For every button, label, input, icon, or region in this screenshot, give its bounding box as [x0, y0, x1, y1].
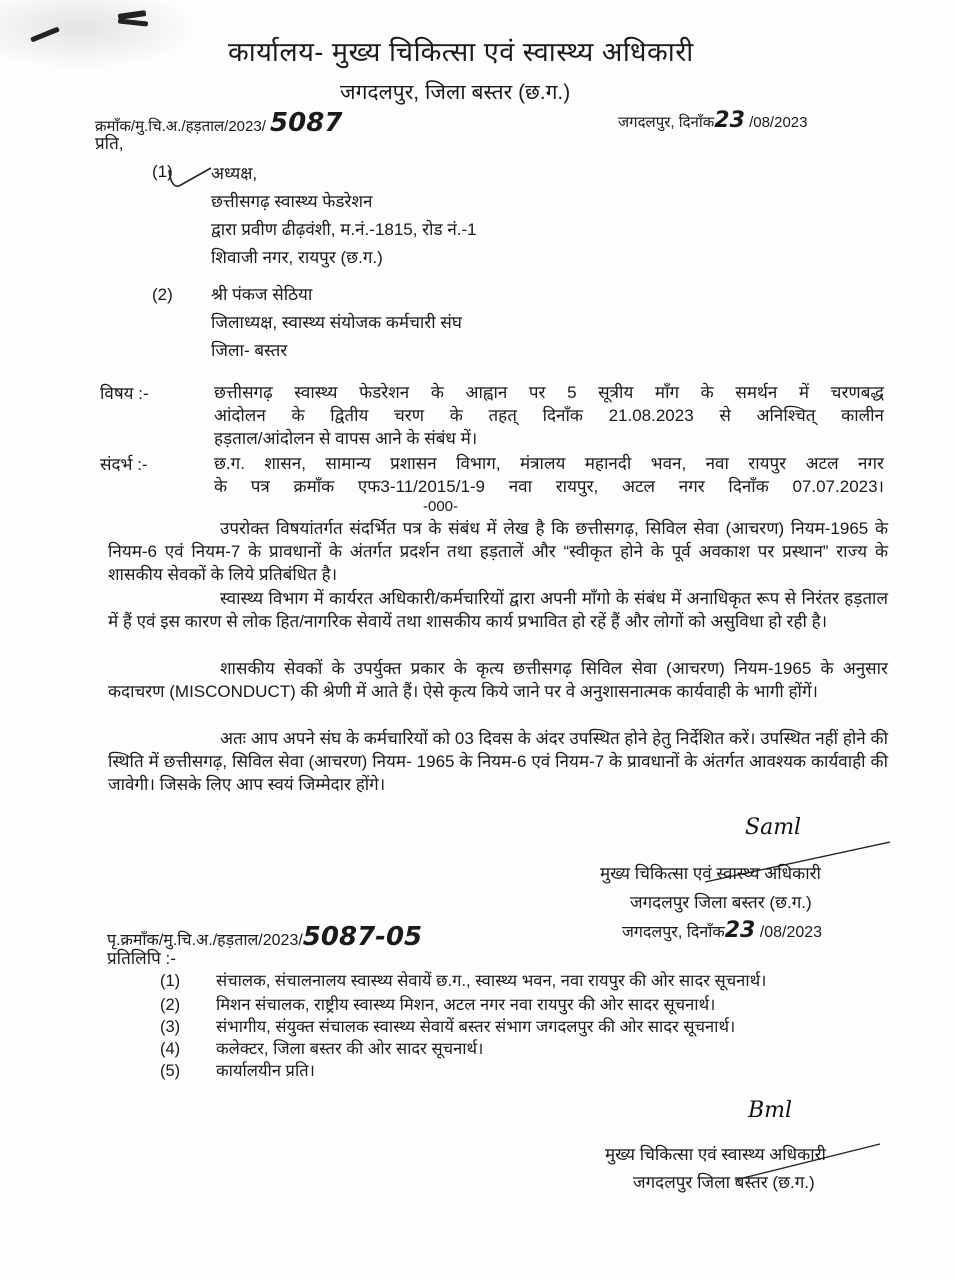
list-item: (1)संचालक, संचालनालय स्वास्थ्य सेवायें छ… — [160, 970, 900, 992]
list-item: (5)कार्यालयीन प्रति। — [160, 1060, 900, 1082]
list-number: (1) — [160, 970, 216, 992]
recipient-number: (2) — [152, 283, 173, 306]
subject-label: विषय :- — [100, 381, 149, 404]
context-line: छ.ग. शासन, सामान्य प्रशासन विभाग, मंत्रा… — [214, 452, 884, 475]
copy-recipients-list: (1)संचालक, संचालनालय स्वास्थ्य सेवायें छ… — [160, 970, 900, 1082]
recipient-line: अध्यक्ष, — [211, 160, 477, 188]
date-place: जगदलपुर, दिनाँक — [618, 114, 714, 131]
recipient-1-address: अध्यक्ष, छत्तीसगढ़ स्वास्थ्य फेडरेशन द्व… — [211, 160, 477, 272]
separator: -000- — [423, 498, 458, 515]
subject-text: छत्तीसगढ़ स्वास्थ्य फेडरेशन के आह्वान पर… — [214, 381, 884, 450]
list-number: (4) — [160, 1038, 216, 1060]
to-label: प्रति, — [95, 132, 124, 155]
context-line: के पत्र क्रमाँक एफ3-11/2015/1-9 नवा रायप… — [214, 475, 884, 498]
date-day: 23 — [714, 108, 745, 133]
recipient-line: श्री पंकज सेठिया — [211, 281, 462, 309]
signatory-location: जगदलपुर जिला बस्तर (छ.ग.) — [630, 891, 812, 914]
body-paragraph-1: उपरोक्त विषयांतर्गत संदर्भित पत्र के संब… — [108, 517, 888, 586]
signature-scribble: Saml — [745, 815, 801, 840]
date-place: जगदलपुर, दिनाँक — [622, 924, 725, 941]
subject-line: छत्तीसगढ़ स्वास्थ्य फेडरेशन के आह्वान पर… — [214, 381, 884, 404]
body-paragraph-2: स्वास्थ्य विभाग में कार्यरत अधिकारी/कर्म… — [108, 587, 888, 633]
context-text: छ.ग. शासन, सामान्य प्रशासन विभाग, मंत्रा… — [214, 452, 884, 498]
list-text: संचालक, संचालनालय स्वास्थ्य सेवायें छ.ग.… — [216, 970, 900, 992]
date-rest: /08/2023 — [760, 924, 822, 941]
recipient-line: द्वारा प्रवीण ढीढ़वंशी, म.नं.-1815, रोड … — [211, 216, 477, 244]
recipient-line: जिला- बस्तर — [211, 337, 462, 365]
handwritten-tick-mark — [165, 162, 215, 192]
subject-line: आंदोलन के द्वितीय चरण के तहत् दिनाँक 21.… — [214, 404, 884, 427]
recipient-2-address: श्री पंकज सेठिया जिलाध्यक्ष, स्वास्थ्य स… — [211, 281, 462, 365]
list-text: कलेक्टर, जिला बस्तर की ओर सादर सूचनार्थ। — [216, 1038, 900, 1060]
copy-reference-number: 5087-05 — [303, 922, 422, 952]
list-item: (3)संभागीय, संयुक्त संचालक स्वास्थ्य सेव… — [160, 1016, 900, 1038]
list-text: संभागीय, संयुक्त संचालक स्वास्थ्य सेवाये… — [216, 1016, 900, 1038]
list-number: (2) — [160, 994, 216, 1016]
date-rest: /08/2023 — [749, 114, 807, 131]
signature-date: जगदलपुर, दिनाँक23 /08/2023 — [622, 918, 822, 943]
scan-smudge — [0, 0, 200, 70]
body-paragraph-4: अतः आप अपने संघ के कर्मचारियों को 03 दिव… — [108, 727, 888, 796]
recipient-line: शिवाजी नगर, रायपुर (छ.ग.) — [211, 244, 477, 272]
reference-number: 5087 — [270, 108, 342, 138]
list-text: कार्यालयीन प्रति। — [216, 1060, 900, 1082]
signatory-designation: मुख्य चिकित्सा एवं स्वास्थ्य अधिकारी — [600, 862, 821, 885]
letter-date: जगदलपुर, दिनाँक23 /08/2023 — [618, 108, 807, 133]
signature-scribble: Bml — [748, 1098, 792, 1123]
list-number: (5) — [160, 1060, 216, 1082]
office-title: कार्यालय- मुख्य चिकित्सा एवं स्वास्थ्य अ… — [228, 32, 694, 69]
list-item: (4)कलेक्टर, जिला बस्तर की ओर सादर सूचनार… — [160, 1038, 900, 1060]
body-paragraph-3: शासकीय सेवकों के उपर्युक्त प्रकार के कृत… — [108, 657, 888, 703]
date-day: 23 — [725, 918, 756, 943]
copy-label: प्रतिलिपि :- — [107, 947, 176, 970]
office-location: जगदलपुर, जिला बस्तर (छ.ग.) — [340, 78, 570, 106]
context-label: संदर्भ :- — [100, 452, 148, 475]
subject-line: हड़ताल/आंदोलन से वापस आने के संबंध में। — [214, 427, 884, 450]
list-text: मिशन संचालक, राष्ट्रीय स्वास्थ्य मिशन, अ… — [216, 994, 900, 1016]
recipient-line: जिलाध्यक्ष, स्वास्थ्य संयोजक कर्मचारी सं… — [211, 309, 462, 337]
list-number: (3) — [160, 1016, 216, 1038]
recipient-line: छत्तीसगढ़ स्वास्थ्य फेडरेशन — [211, 188, 477, 216]
signatory-designation: मुख्य चिकित्सा एवं स्वास्थ्य अधिकारी — [605, 1143, 826, 1166]
list-item: (2)मिशन संचालक, राष्ट्रीय स्वास्थ्य मिशन… — [160, 994, 900, 1016]
letter-reference: क्रमाँक/मु.चि.अ./हड़ताल/2023/ 5087 — [95, 108, 342, 138]
signatory-location: जगदलपुर जिला बस्तर (छ.ग.) — [633, 1171, 815, 1194]
